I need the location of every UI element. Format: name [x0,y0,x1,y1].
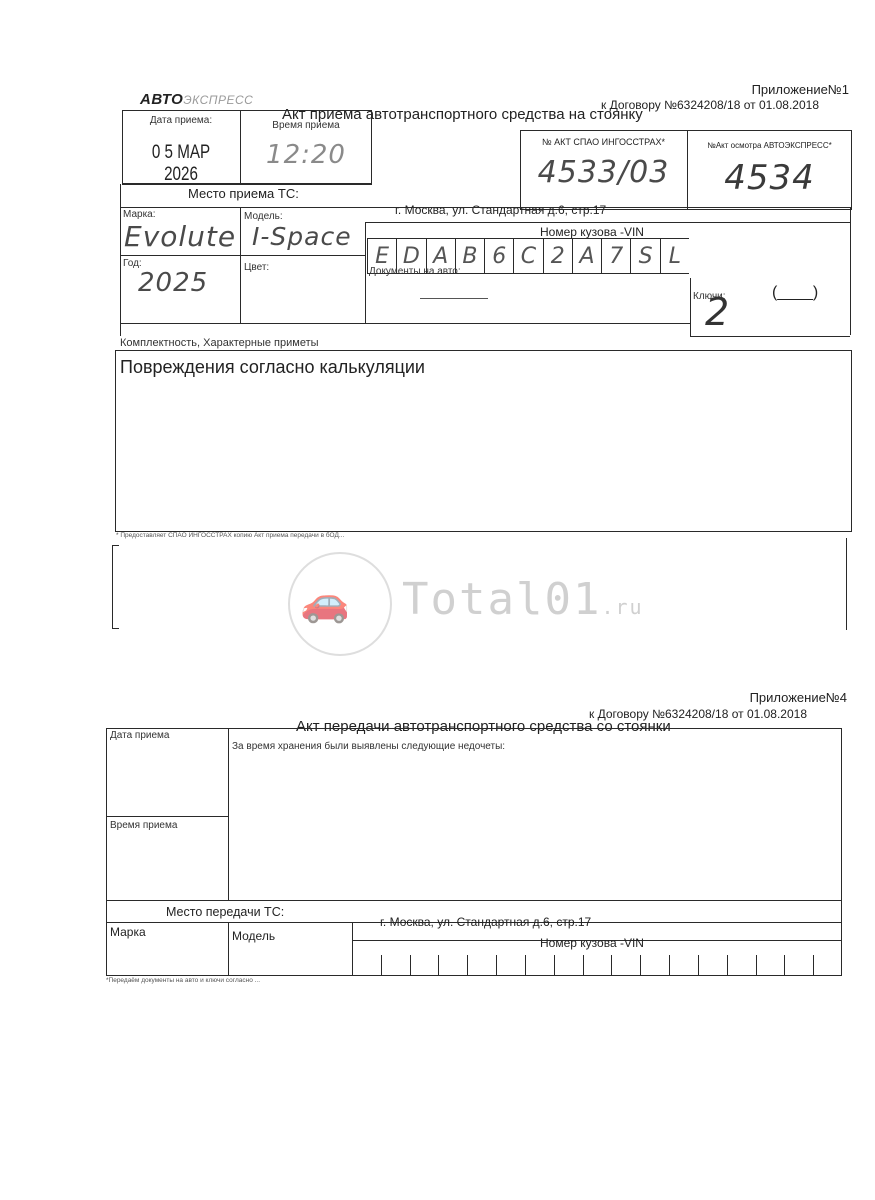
vin-char-cell: A [572,239,601,273]
vin-char-cell: L [660,239,689,273]
release-location-label: Место передачи ТС: [166,905,284,919]
time-label: Время приема [240,120,372,131]
release-make-label: Марка [110,925,146,939]
time-value: 12:20 [240,140,372,170]
release-vin-label: Номер кузова -VIN [540,936,644,950]
make-value: Evolute [124,220,236,253]
documents-dash [420,298,488,299]
footnote: * Предоставляет СПАО ИНГОССТРАХ копию Ак… [116,532,344,539]
vin-empty-cell [611,955,640,976]
inspection-act-label: №Акт осмотра АВТОЭКСПРЕСС* [687,141,852,150]
vin-empty-cell [669,955,698,976]
keys-paren: (____) [772,284,818,302]
vin-label: Номер кузова -VIN [540,225,644,239]
keys-value: 2 [705,290,730,334]
vin-empty-cell [467,955,496,976]
release-footnote: *Передаём документы на авто и ключи согл… [106,977,260,984]
defects-label: За время хранения были выявлены следующи… [232,741,505,752]
vin-empty-cell [525,955,554,976]
vin-empty-cell [554,955,583,976]
watermark-text: Total01.ru [402,574,644,625]
location-value: г. Москва, ул. Стандартная д.6, стр.17 [395,203,606,217]
date-stamp: 0 5 МАР 2026 [134,142,228,186]
release-table [106,728,842,976]
vin-char-cell: S [630,239,659,273]
release-date-label: Дата приема [110,730,169,741]
vin-char-cell: 6 [484,239,513,273]
appendix-number: Приложение№4 [750,690,847,705]
release-vin-grid [352,955,842,976]
vin-empty-cell [410,955,439,976]
bracket-left [112,545,119,629]
completeness-value: Повреждения согласно калькуляции [120,357,425,378]
vin-empty-cell [496,955,525,976]
release-location-value: г. Москва, ул. Стандартная д.6, стр.17 [380,915,591,929]
vin-empty-cell [583,955,612,976]
color-label: Цвет: [244,262,269,273]
inspection-act-value: 4534 [687,158,852,198]
vin-empty-cell [381,955,410,976]
vin-char-cell: 2 [543,239,572,273]
model-label: Модель: [244,211,283,222]
make-label: Марка: [123,209,156,220]
vin-empty-cell [640,955,669,976]
car-logo-icon: 🚗 [300,578,350,625]
appendix-number: Приложение№1 [752,82,849,97]
vin-char-cell: C [513,239,542,273]
vin-empty-cell [698,955,727,976]
release-model-label: Модель [232,929,275,943]
completeness-label: Комплектность, Характерные приметы [120,337,319,349]
model-value: I-Space [252,222,352,251]
company-logo: АВТОЭКСПРЕСС [140,91,253,108]
vin-empty-cell [352,955,381,976]
vin-empty-cell [784,955,813,976]
vin-empty-cell [438,955,467,976]
date-label: Дата приема: [122,115,240,126]
vin-empty-cell [756,955,785,976]
vin-empty-cell [727,955,756,976]
documents-label: Документы на авто: [369,266,461,277]
vin-empty-cell [813,955,842,976]
ingosstrakh-act-label: № АКТ СПАО ИНГОССТРАХ* [520,137,687,147]
year-value: 2025 [138,268,208,298]
release-time-label: Время приема [110,820,177,831]
location-label: Место приема ТС: [188,186,299,201]
vin-char-cell: 7 [601,239,630,273]
ingosstrakh-act-value: 4533/03 [520,155,687,190]
